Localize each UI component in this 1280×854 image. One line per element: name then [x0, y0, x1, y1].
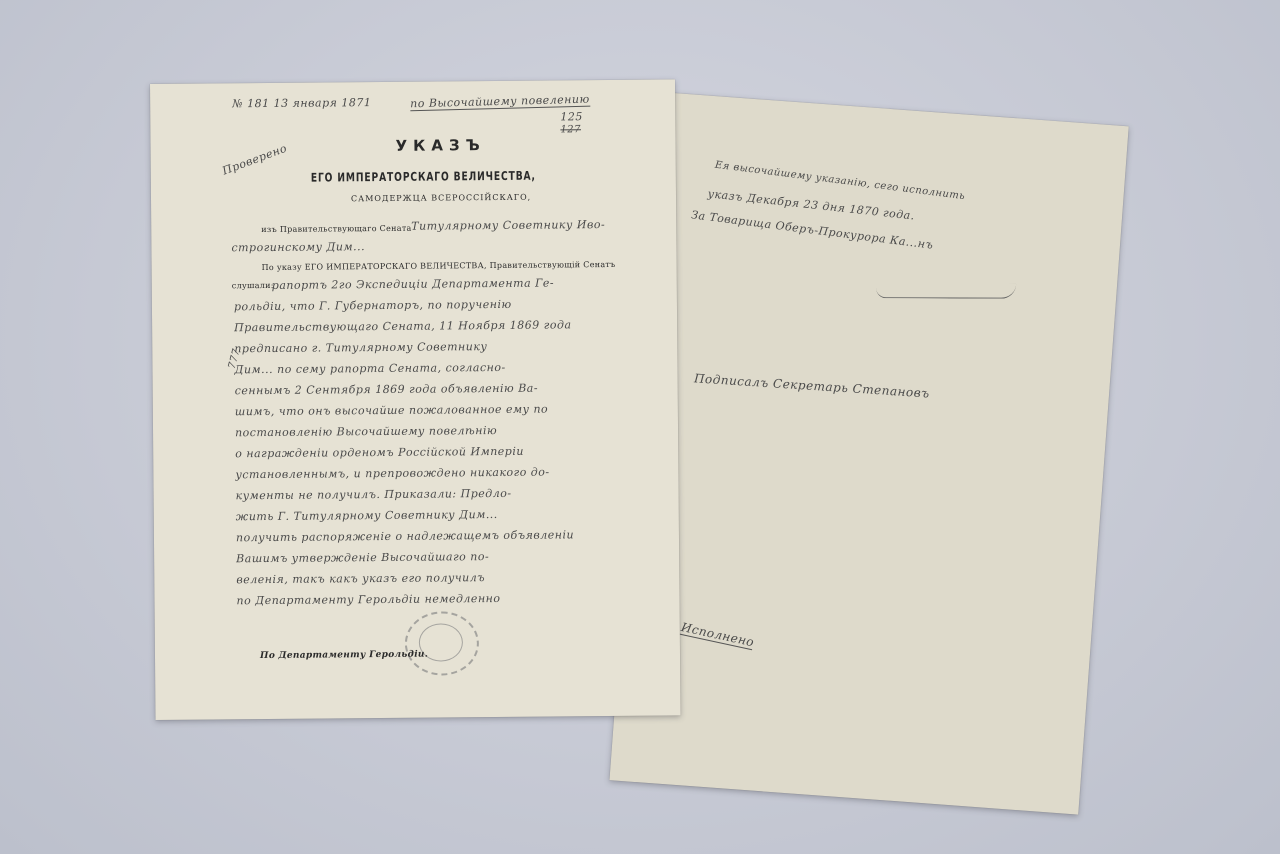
flourish-underline: [876, 283, 1016, 298]
body-line: о награжденіи орденомъ Россійской Импері…: [235, 445, 524, 461]
from-senate-hand: Титулярному Советнику Иво-: [411, 218, 605, 233]
body-line: рольдіи, что Г. Губернаторъ, по поручені…: [234, 298, 512, 313]
decree-title: УКАЗЪ: [395, 136, 485, 155]
body-line: Правительствующаго Сената, 11 Ноября 186…: [234, 318, 571, 334]
body-handwriting: рапортъ 2го Экспедиціи Департамента Ге-р…: [150, 79, 675, 84]
body-line: по Департаменту Герольдіи немедленно: [236, 592, 500, 607]
body-line: шимъ, что онъ высочайше пожалованное ему…: [235, 403, 548, 419]
body-line: Дим... по сему рапорта Сената, согласно-: [234, 361, 505, 376]
header-note: по Высочайшему повелению: [410, 93, 590, 112]
executed-note: Исполнено: [680, 620, 756, 650]
right-document-sheet: Ея высочайшему указанію, сего исполнить …: [609, 92, 1128, 815]
body-line: жить Г. Титулярному Советнику Дим...: [236, 508, 498, 523]
header-handwritten: № 181 13 января 1871: [232, 96, 371, 110]
decree-line-printed: По указу ЕГО ИМПЕРАТОРСКАГО ВЕЛИЧЕСТВА, …: [262, 260, 616, 272]
body-line: рапортъ 2го Экспедиціи Департамента Ге-: [272, 276, 554, 291]
body-line: веленія, такъ какъ указъ его получилъ: [236, 571, 485, 586]
file-number: 125: [560, 110, 583, 123]
body-line: Вашимъ утвержденіе Высочайшаго по-: [236, 550, 489, 565]
body-line: постановленію Высочайшему повелѣнію: [235, 424, 497, 439]
file-number-struck: 127: [560, 124, 581, 135]
body-line: сеннымъ 2 Сентября 1869 года объявленію …: [235, 382, 538, 398]
secretary-signature: Подписалъ Секретарь Степановъ: [694, 371, 930, 400]
department-footer: По Департаменту Герольдіи.: [260, 650, 428, 661]
ink-stamp: [405, 611, 480, 676]
heard-printed: слушали:: [232, 281, 274, 290]
body-line: кументы не получилъ. Приказали: Предло-: [236, 487, 512, 502]
body-line: получить распоряженіе о надлежащемъ объя…: [236, 528, 574, 544]
margin-note: Проверено: [221, 142, 289, 178]
body-line: предписано г. Титулярному Советнику: [234, 340, 487, 355]
body-line: установленнымъ, и препровождено никакого…: [235, 466, 549, 482]
decree-subtitle-2: САМОДЕРЖЦА ВСЕРОССІЙСКАГО,: [351, 193, 531, 204]
left-document-sheet: № 181 13 января 1871 по Высочайшему пове…: [150, 79, 681, 720]
from-senate-printed: изъ Правительствующаго Сената: [261, 224, 411, 234]
decree-subtitle: ЕГО ИМПЕРАТОРСКАГО ВЕЛИЧЕСТВА,: [311, 169, 536, 185]
recipient-hand: строгинскому Дим...: [231, 240, 365, 254]
